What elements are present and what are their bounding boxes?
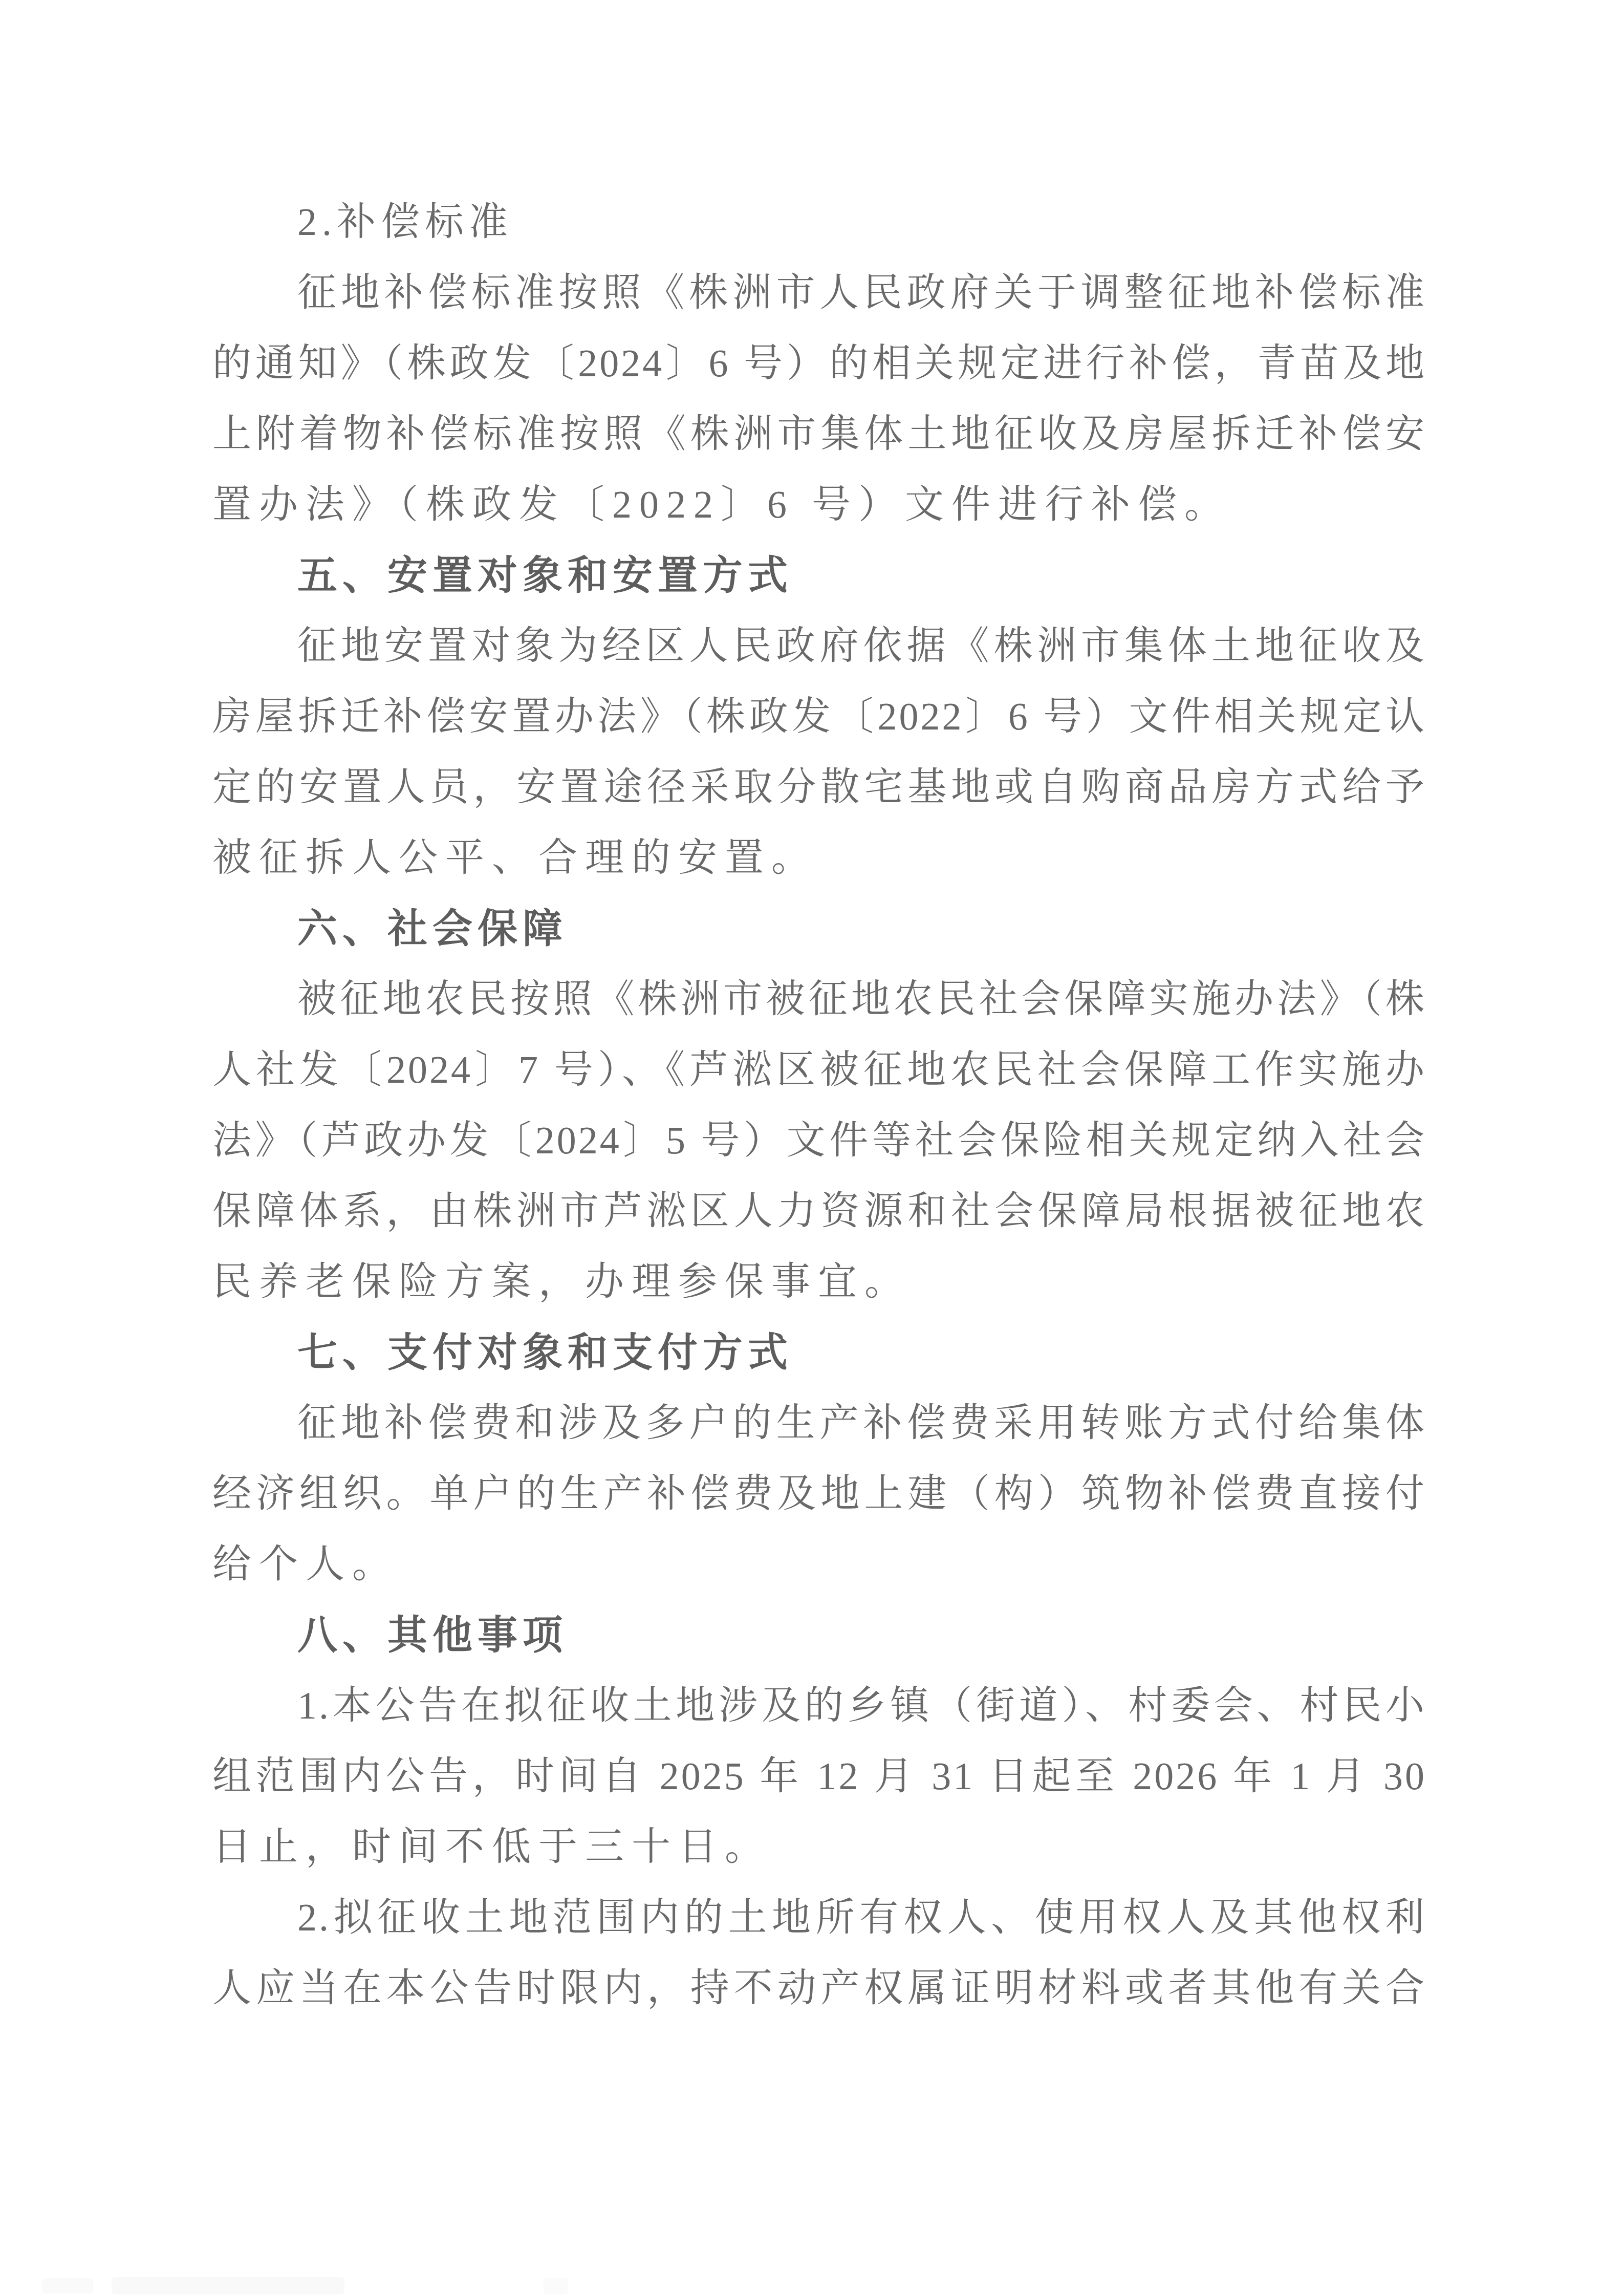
scan-artifact: [544, 2278, 568, 2294]
body-line: 征地补偿标准按照《株洲市人民政府关于调整征地补偿标准: [212, 258, 1426, 328]
body-line: 保障体系，由株洲市芦淞区人力资源和社会保障局根据被征地农: [212, 1176, 1426, 1247]
document-body: 2.补偿标准 征地补偿标准按照《株洲市人民政府关于调整征地补偿标准 的通知》（株…: [212, 187, 1426, 2024]
body-line: 日止，时间不低于三十日。: [212, 1812, 1426, 1882]
body-line: 人社发〔2024〕7 号）、《芦淞区被征地农民社会保障工作实施办: [212, 1035, 1426, 1105]
section-payment: 七、支付对象和支付方式 征地补偿费和涉及多户的生产补偿费采用转账方式付给集体 经…: [212, 1317, 1426, 1600]
body-line: 人应当在本公告时限内，持不动产权属证明材料或者其他有关合: [212, 1953, 1426, 2024]
body-line: 征地安置对象为经区人民政府依据《株洲市集体土地征收及: [212, 611, 1426, 681]
body-line: 上附着物补偿标准按照《株洲市集体土地征收及房屋拆迁补偿安: [212, 399, 1426, 469]
body-line: 房屋拆迁补偿安置办法》（株政发〔2022〕6 号）文件相关规定认: [212, 681, 1426, 752]
body-line: 组范围内公告，时间自 2025 年 12 月 31 日起至 2026 年 1 月…: [212, 1741, 1426, 1812]
section-heading-social-security: 六、社会保障: [212, 893, 1426, 964]
scan-artifact: [42, 2278, 93, 2293]
body-line: 被征地农民按照《株洲市被征地农民社会保障实施办法》（株: [212, 964, 1426, 1035]
body-line: 民养老保险方案，办理参保事宜。: [212, 1247, 1426, 1317]
section-other-matters: 八、其他事项 1.本公告在拟征收土地涉及的乡镇（街道）、村委会、村民小 组范围内…: [212, 1600, 1426, 2024]
body-line: 2.拟征收土地范围内的土地所有权人、使用权人及其他权利: [212, 1882, 1426, 1953]
section-resettlement: 五、安置对象和安置方式 征地安置对象为经区人民政府依据《株洲市集体土地征收及 房…: [212, 540, 1426, 893]
body-line: 置办法》（株政发〔2022〕6 号）文件进行补偿。: [212, 469, 1426, 540]
section-heading-payment: 七、支付对象和支付方式: [212, 1317, 1426, 1388]
section-heading-other-matters: 八、其他事项: [212, 1600, 1426, 1670]
body-line: 定的安置人员，安置途径采取分散宅基地或自购商品房方式给予: [212, 752, 1426, 823]
section-heading-resettlement: 五、安置对象和安置方式: [212, 540, 1426, 611]
body-line: 被征拆人公平、合理的安置。: [212, 823, 1426, 893]
body-line: 法》（芦政办发〔2024〕5 号）文件等社会保险相关规定纳入社会: [212, 1105, 1426, 1176]
body-line: 经济组织。单户的生产补偿费及地上建（构）筑物补偿费直接付: [212, 1458, 1426, 1529]
section-compensation-standard: 2.补偿标准 征地补偿标准按照《株洲市人民政府关于调整征地补偿标准 的通知》（株…: [212, 187, 1426, 540]
body-line: 征地补偿费和涉及多户的生产补偿费采用转账方式付给集体: [212, 1388, 1426, 1458]
body-line: 给个人。: [212, 1529, 1426, 1600]
body-line: 的通知》（株政发〔2024〕6 号）的相关规定进行补偿，青苗及地: [212, 328, 1426, 399]
scan-artifact: [112, 2277, 344, 2294]
subsection-heading-compensation-standard: 2.补偿标准: [212, 187, 1426, 258]
section-social-security: 六、社会保障 被征地农民按照《株洲市被征地农民社会保障实施办法》（株 人社发〔2…: [212, 893, 1426, 1317]
body-line: 1.本公告在拟征收土地涉及的乡镇（街道）、村委会、村民小: [212, 1670, 1426, 1741]
document-page: 2.补偿标准 征地补偿标准按照《株洲市人民政府关于调整征地补偿标准 的通知》（株…: [0, 0, 1624, 2296]
